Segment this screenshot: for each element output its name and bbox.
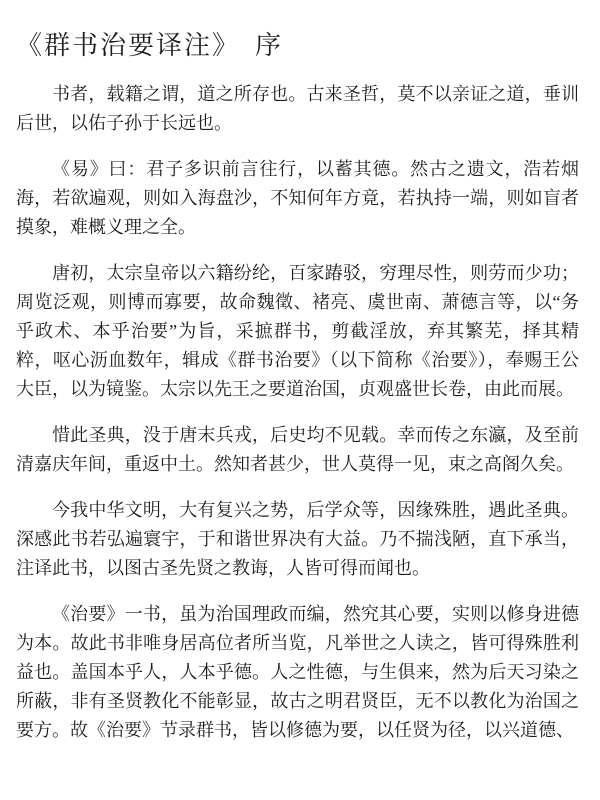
document-page: 《群书治要译注》 序 书者，载籍之谓，道之所存也。古来圣哲，莫不以亲证之道，垂训… bbox=[0, 0, 600, 800]
paragraph-4: 惜此圣典，没于唐末兵戎，后史均不见载。幸而传之东瀛，及至前清嘉庆年间，重返中土。… bbox=[16, 421, 579, 479]
paragraph-6: 《治要》一书，虽为治国理政而编，然究其心要，实则以修身进德为本。故此书非唯身居高… bbox=[16, 600, 579, 745]
paragraph-3: 唐初，太宗皇帝以六籍纷纶，百家踳驳，穷理尽性，则劳而少功；周览泛观，则博而寡要，… bbox=[16, 259, 579, 404]
paragraph-5: 今我中华文明，大有复兴之势，后学众等，因缘殊胜，遇此圣典。深感此书若弘遍寰宇，于… bbox=[16, 496, 579, 583]
paragraph-2: 《易》曰：君子多识前言往行，以蓄其德。然古之遗文，浩若烟海，若欲遍观，则如入海盘… bbox=[16, 155, 579, 242]
paragraph-1: 书者，载籍之谓，道之所存也。古来圣哲，莫不以亲证之道，垂训后世，以佑子孙于长远也… bbox=[16, 80, 579, 138]
document-title: 《群书治要译注》 序 bbox=[16, 30, 579, 61]
document-body: 书者，载籍之谓，道之所存也。古来圣哲，莫不以亲证之道，垂训后世，以佑子孙于长远也… bbox=[16, 80, 579, 745]
